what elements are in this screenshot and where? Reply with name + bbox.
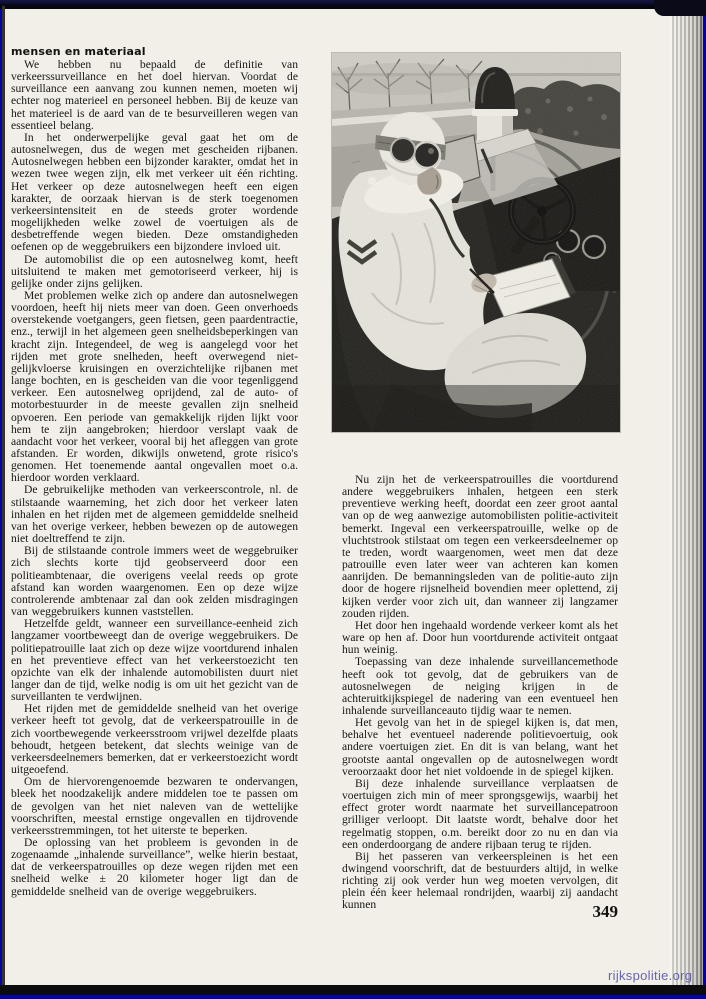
left-column: We hebben nu bepaald de definitie van ve…	[11, 59, 298, 898]
paragraph: De gebruikelijke methoden van verkeersco…	[11, 484, 298, 545]
paragraph: Hetzelfde geldt, wanneer een surveillanc…	[11, 618, 298, 703]
scan-edge-top-right-corner	[654, 0, 706, 16]
scan-edge-bottom	[0, 985, 706, 995]
paragraph: In het onderwerpelijke geval gaat het om…	[11, 132, 298, 254]
paragraph: Met problemen welke zich op andere dan a…	[11, 290, 298, 485]
photo-police-officer-in-open-patrol-car	[332, 53, 620, 432]
section-heading: mensen en materiaal	[11, 45, 146, 58]
paragraph: Nu zijn het de verkeerspatrouilles die v…	[342, 474, 618, 620]
paragraph: De automobilist die op een autosnelweg k…	[11, 254, 298, 290]
scanned-book-page: mensen en materiaal We hebben nu bepaald…	[0, 0, 706, 999]
scan-edge-top	[0, 0, 706, 9]
page-paper: mensen en materiaal We hebben nu bepaald…	[5, 9, 670, 985]
paragraph: De oplossing van het probleem is gevonde…	[11, 837, 298, 898]
paragraph: We hebben nu bepaald de definitie van ve…	[11, 59, 298, 132]
book-page-edges	[670, 12, 703, 985]
paragraph: Het door hen ingehaald wordende verkeer …	[342, 620, 618, 656]
paragraph: Bij deze inhalende surveillance verplaat…	[342, 778, 618, 851]
watermark: rijkspolitie.org	[608, 968, 692, 983]
right-column: Nu zijn het de verkeerspatrouilles die v…	[342, 474, 618, 912]
paragraph: Bij de stilstaande controle immers weet …	[11, 545, 298, 618]
paragraph: Om de hiervorengenoemde bezwaren te onde…	[11, 776, 298, 837]
scan-edge-left	[2, 6, 5, 988]
paragraph: Het gevolg van het in de spiegel kijken …	[342, 717, 618, 778]
page-number: 349	[342, 902, 618, 922]
paragraph: Toepassing van deze inhalende surveillan…	[342, 656, 618, 717]
paragraph: Het rijden met de gemiddelde snelheid va…	[11, 703, 298, 776]
